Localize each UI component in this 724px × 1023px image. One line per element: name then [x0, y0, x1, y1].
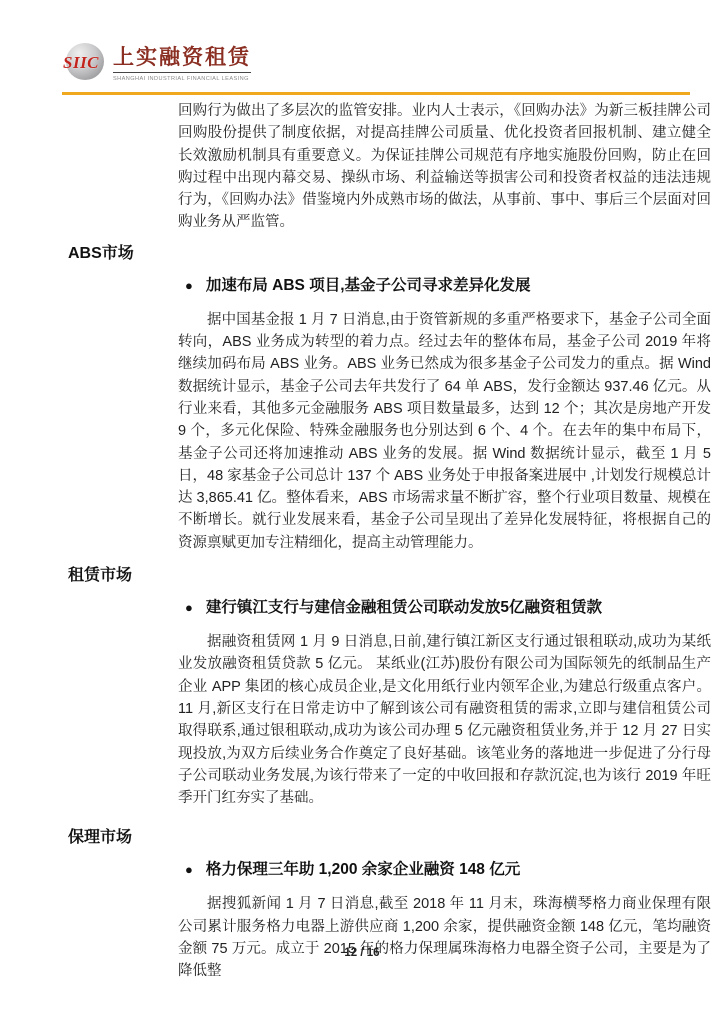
- gold-divider: [62, 92, 690, 95]
- headline-text-factoring: 格力保理三年助 1,200 余家企业融资 148 亿元: [206, 858, 520, 881]
- siic-wordmark: SIIC: [63, 53, 99, 73]
- section-body-leasing: 据融资租赁网 1 月 9 日消息,日前,建行镇江新区支行通过银租联动,成功为某纸…: [178, 631, 711, 809]
- section-title-leasing: 租赁市场: [68, 565, 711, 587]
- section-leasing-market: 租赁市场 ● 建行镇江支行与建信金融租赁公司联动发放5亿融资租赁款 据融资租赁网…: [178, 565, 711, 809]
- bullet-icon: ●: [185, 596, 193, 619]
- document-content: 回购行为做出了多层次的监管安排。业内人士表示，《回购办法》为新三板挂牌公司回购股…: [178, 100, 711, 983]
- report-page: SIIC 上实融资租赁 SHANGHAI INDUSTRIAL FINANCIA…: [0, 0, 724, 1023]
- section-body-abs: 据中国基金报 1 月 7 日消息,由于资管新规的多重严格要求下，基金子公司全面转…: [178, 309, 711, 554]
- company-name-en: SHANGHAI INDUSTRIAL FINANCIAL LEASING: [113, 75, 249, 81]
- section-title-factoring: 保理市场: [68, 827, 711, 849]
- headline-leasing: ● 建行镇江支行与建信金融租赁公司联动发放5亿融资租赁款: [185, 596, 711, 619]
- headline-text-abs: 加速布局 ABS 项目,基金子公司寻求差异化发展: [206, 274, 531, 297]
- intro-paragraph: 回购行为做出了多层次的监管安排。业内人士表示，《回购办法》为新三板挂牌公司回购股…: [178, 100, 711, 234]
- section-title-abs: ABS市场: [68, 243, 711, 265]
- section-body-factoring: 据搜狐新闻 1 月 7 日消息,截至 2018 年 11 月末，珠海横琴格力商业…: [178, 893, 711, 982]
- headline-text-leasing: 建行镇江支行与建信金融租赁公司联动发放5亿融资租赁款: [206, 596, 602, 619]
- headline-abs: ● 加速布局 ABS 项目,基金子公司寻求差异化发展: [185, 274, 711, 297]
- section-factoring-market: 保理市场 ● 格力保理三年助 1,200 余家企业融资 148 亿元 据搜狐新闻…: [178, 827, 711, 982]
- bullet-icon: ●: [185, 274, 193, 297]
- headline-factoring: ● 格力保理三年助 1,200 余家企业融资 148 亿元: [185, 858, 711, 881]
- bullet-icon: ●: [185, 858, 193, 881]
- logo-text-block: 上实融资租赁 SHANGHAI INDUSTRIAL FINANCIAL LEA…: [113, 43, 307, 84]
- siic-globe-icon: SIIC: [66, 43, 104, 80]
- company-logo: SIIC 上实融资租赁 SHANGHAI INDUSTRIAL FINANCIA…: [66, 43, 307, 84]
- page-number: 12 / 16: [0, 947, 724, 959]
- section-abs-market: ABS市场 ● 加速布局 ABS 项目,基金子公司寻求差异化发展 据中国基金报 …: [178, 243, 711, 554]
- company-name-cn: 上实融资租赁: [113, 46, 251, 73]
